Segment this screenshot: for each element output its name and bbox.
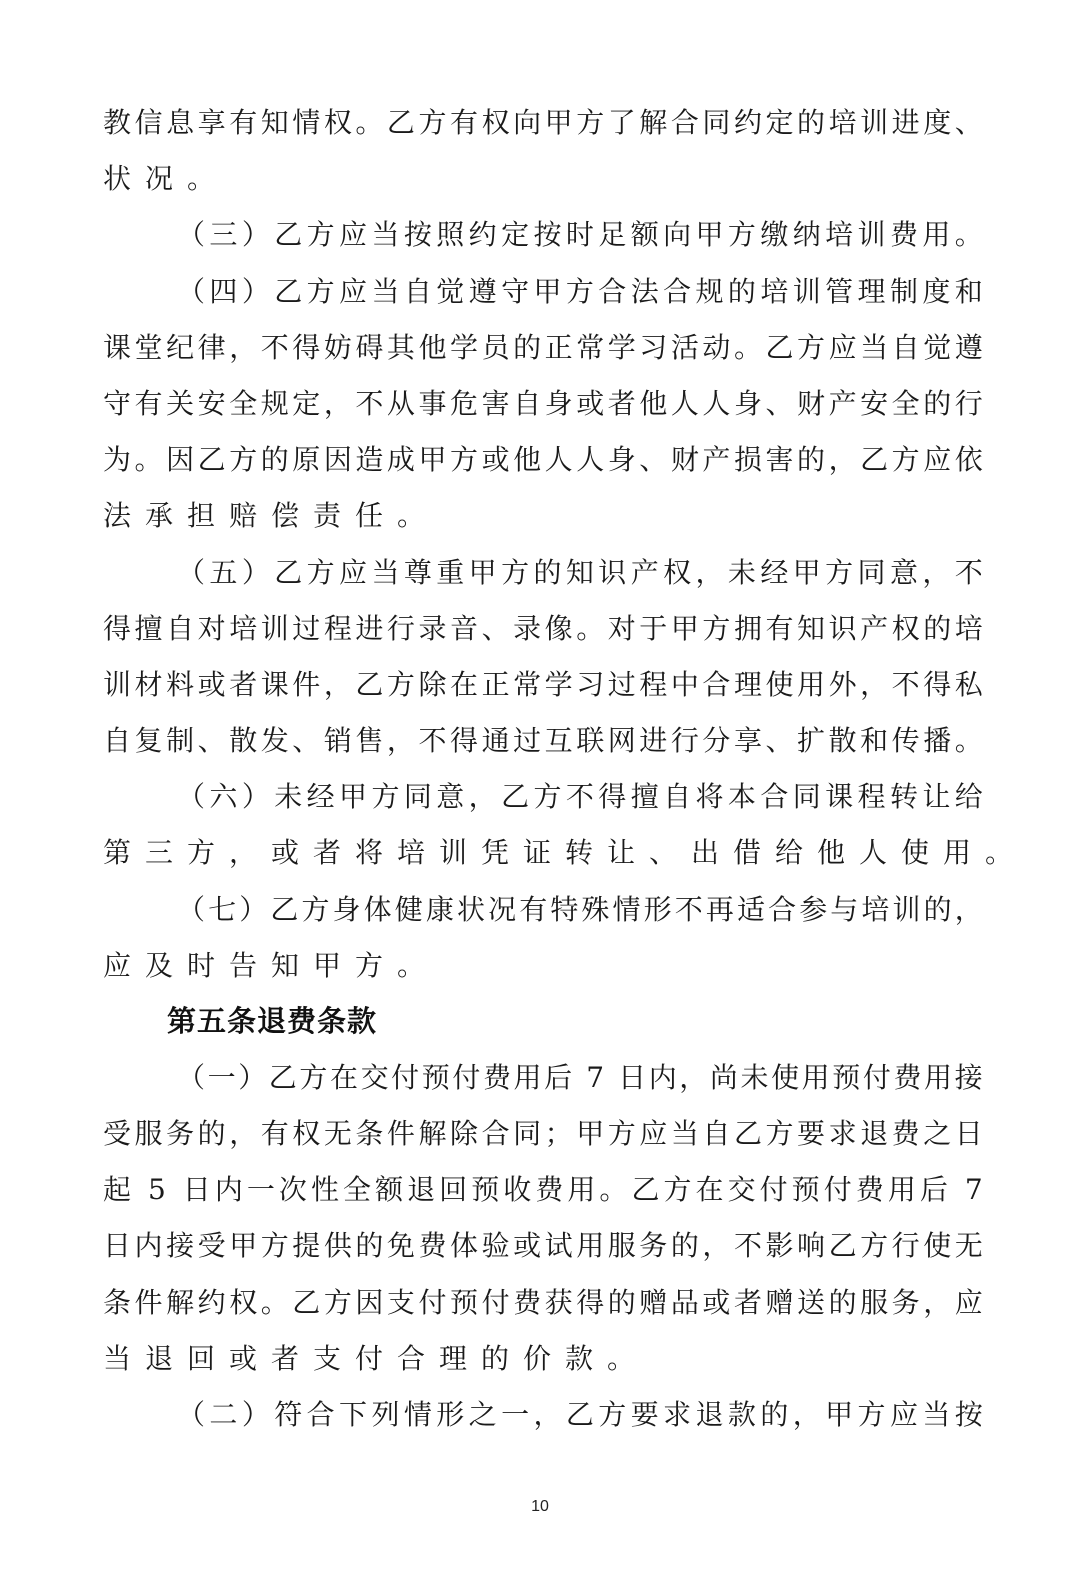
body-text-line: 守有关安全规定，不从事危害自身或者他人人身、财产安全的行	[103, 384, 983, 424]
refund-clause-2-line: （二）符合下列情形之一，乙方要求退款的，甲方应当按	[177, 1395, 983, 1435]
body-text-line: 第三方，或者将培训凭证转让、出借给他人使用。	[103, 833, 983, 873]
body-text-line: 训材料或者课件，乙方除在正常学习过程中合理使用外，不得私	[103, 665, 983, 705]
document-page: 教信息享有知情权。乙方有权向甲方了解合同约定的培训进度、 状况。 （三）乙方应当…	[0, 0, 1080, 1575]
body-text-line: 起 5 日内一次性全额退回预收费用。乙方在交付预付费用后 7	[103, 1170, 983, 1210]
body-text-line: 条件解约权。乙方因支付预付费获得的赠品或者赠送的服务，应	[103, 1283, 983, 1323]
body-text-line: 教信息享有知情权。乙方有权向甲方了解合同约定的培训进度、	[103, 103, 983, 143]
body-text-line: 得擅自对培训过程进行录音、录像。对于甲方拥有知识产权的培	[103, 609, 983, 649]
clause-4-line: （四）乙方应当自觉遵守甲方合法合规的培训管理制度和	[177, 272, 983, 312]
body-text-line: 日内接受甲方提供的免费体验或试用服务的，不影响乙方行使无	[103, 1226, 983, 1266]
clause-3-line: （三）乙方应当按照约定按时足额向甲方缴纳培训费用。	[177, 215, 983, 255]
clause-7-line: （七）乙方身体健康状况有特殊情形不再适合参与培训的，	[177, 890, 983, 930]
body-text-line: 受服务的，有权无条件解除合同；甲方应当自乙方要求退费之日	[103, 1114, 983, 1154]
body-text-line: 状况。	[103, 159, 983, 199]
body-text-line: 法承担赔偿责任。	[103, 496, 983, 536]
body-text-line: 自复制、散发、销售，不得通过互联网进行分享、扩散和传播。	[103, 721, 983, 761]
clause-5-line: （五）乙方应当尊重甲方的知识产权，未经甲方同意，不	[177, 553, 983, 593]
body-text-line: 当退回或者支付合理的价款。	[103, 1339, 983, 1379]
page-number: 10	[0, 1498, 1080, 1516]
body-text-line: 应及时告知甲方。	[103, 946, 983, 986]
refund-clause-1-line: （一）乙方在交付预付费用后 7 日内，尚未使用预付费用接	[177, 1058, 983, 1098]
body-text-line: 为。因乙方的原因造成甲方或他人人身、财产损害的，乙方应依	[103, 440, 983, 480]
body-text-line: 课堂纪律，不得妨碍其他学员的正常学习活动。乙方应当自觉遵	[103, 328, 983, 368]
section-heading: 第五条退费条款	[167, 1001, 377, 1041]
clause-6-line: （六）未经甲方同意，乙方不得擅自将本合同课程转让给	[177, 777, 983, 817]
